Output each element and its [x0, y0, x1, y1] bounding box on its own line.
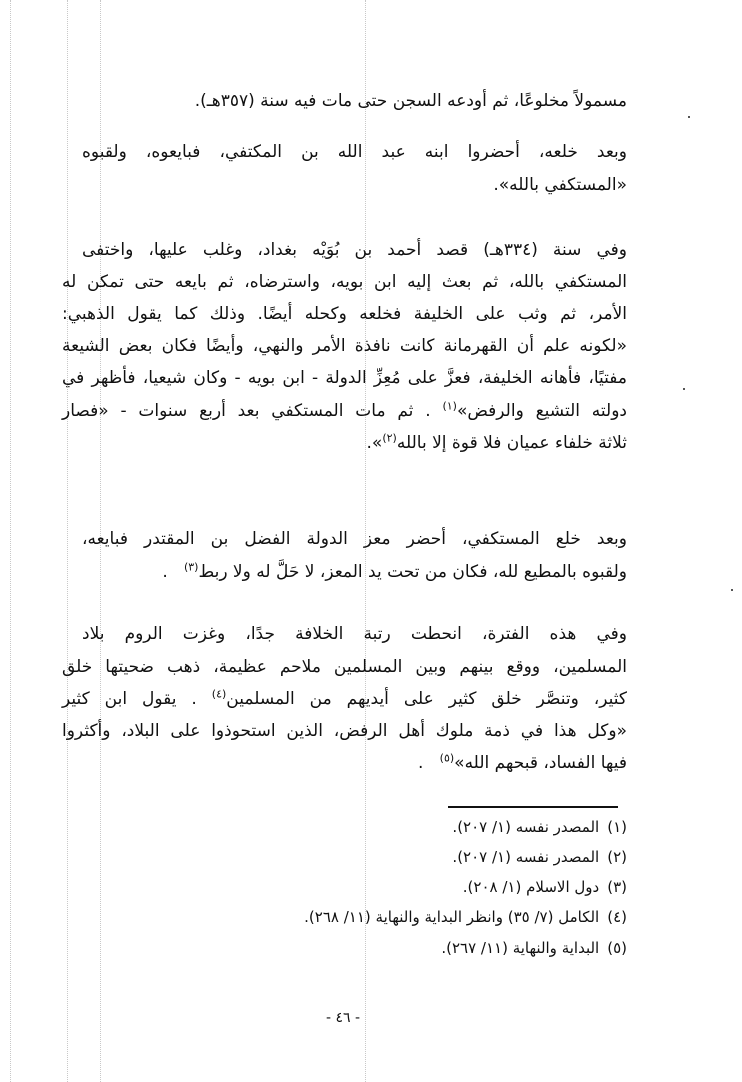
paragraph-3-line-6: دولته التشيع والرفض»(١) . ثم مات المستكف… [62, 399, 627, 423]
text: . يقول ابن كثير [62, 689, 197, 709]
footnote-number: (٥) [607, 937, 627, 959]
paragraph-3-line-7: ثلاثة خلفاء عميان فلا قوة إلا بالله(٢)». [62, 431, 627, 455]
footnote-5: (٥)البداية والنهاية (١١/ ٢٦٧). [441, 937, 627, 959]
paragraph-4-line-1: وبعد خلع المستكفي، أحضر معز الدولة الفضل… [82, 527, 627, 551]
paragraph-1-line-1: مسمولاً مخلوعًا، ثم أودعه السجن حتى مات … [62, 89, 627, 113]
text: ». [367, 433, 383, 453]
scan-guide-line [10, 0, 11, 1082]
footnote-ref-3[interactable]: (٣) [184, 560, 199, 573]
paragraph-3-line-2: المستكفي بالله، ثم بعث إليه ابن بويه، وا… [62, 270, 627, 294]
text: كثير، وتنصَّر خلق كثير على أيديهم من الم… [226, 689, 627, 709]
scan-speck [731, 589, 733, 591]
paragraph-5-line-3: كثير، وتنصَّر خلق كثير على أيديهم من الم… [62, 687, 627, 711]
footnote-number: (٣) [607, 876, 627, 898]
paragraph-2-line-2: «المستكفي بالله». [62, 173, 627, 197]
text: «وكل هذا في ذمة ملوك أهل الرفض، الذين اس… [62, 721, 627, 741]
paragraph-3-line-4: «لكونه علم أن القهرمانة كانت نافذة الأمر… [62, 334, 627, 358]
footnote-ref-5[interactable]: (٥) [440, 751, 455, 764]
paragraph-2-line-1: وبعد خلعه، أحضروا ابنه عبد الله بن المكت… [82, 140, 627, 164]
text: ولقبوه بالمطيع لله، فكان من تحت يد المعز… [198, 562, 627, 582]
footnote-number: (١) [607, 816, 627, 838]
text: . [418, 753, 423, 773]
text: . [162, 562, 167, 582]
footnote-ref-1[interactable]: (١) [442, 399, 457, 412]
footnote-ref-2[interactable]: (٢) [382, 431, 397, 444]
footnote-text: المصدر نفسه (١/ ٢٠٧). [452, 818, 599, 836]
text: المسلمين، ووقع بينهم وبين المسلمين ملاحم… [62, 657, 627, 677]
text: مفتيًا، فأهانه الخليفة، فعزَّ على مُعِزِ… [62, 368, 627, 388]
text: دولته التشيع والرفض» [457, 401, 627, 421]
text: «لكونه علم أن القهرمانة كانت نافذة الأمر… [62, 336, 627, 356]
paragraph-4-line-2: ولقبوه بالمطيع لله، فكان من تحت يد المعز… [62, 560, 627, 584]
footnote-2: (٢)المصدر نفسه (١/ ٢٠٧). [452, 846, 627, 868]
paragraph-3-line-3: الأمر، ثم وثب على الخليفة فخلعه وكحله أي… [62, 302, 627, 326]
text: فيها الفساد، قبحهم الله» [454, 753, 627, 773]
text: الأمر، ثم وثب على الخليفة فخلعه وكحله أي… [62, 304, 627, 324]
footnote-ref-4[interactable]: (٤) [212, 687, 227, 700]
scan-speck [688, 116, 690, 118]
footnote-3: (٣)دول الاسلام (١/ ٢٠٨). [463, 876, 627, 898]
text: المستكفي بالله، ثم بعث إليه ابن بويه، وا… [62, 272, 627, 292]
book-page: مسمولاً مخلوعًا، ثم أودعه السجن حتى مات … [0, 0, 742, 1082]
paragraph-3-line-5: مفتيًا، فأهانه الخليفة، فعزَّ على مُعِزِ… [62, 366, 627, 390]
scan-speck [683, 388, 685, 390]
text: وبعد خلعه، أحضروا ابنه عبد الله بن المكت… [82, 142, 627, 162]
text: . ثم مات المستكفي بعد أربع سنوات - «فصار [62, 401, 431, 421]
paragraph-3-line-1: وفي سنة (٣٣٤هـ) قصد أحمد بن بُوَيْه بغدا… [82, 238, 627, 262]
text: ثلاثة خلفاء عميان فلا قوة إلا بالله [397, 433, 627, 453]
footnote-text: المصدر نفسه (١/ ٢٠٧). [452, 848, 599, 866]
paragraph-5-line-1: وفي هذه الفترة، انحطت رتبة الخلافة جدًا،… [82, 622, 627, 646]
paragraph-5-line-5: فيها الفساد، قبحهم الله»(٥) . [62, 751, 627, 775]
text: وفي هذه الفترة، انحطت رتبة الخلافة جدًا،… [82, 624, 627, 644]
footnote-1: (١)المصدر نفسه (١/ ٢٠٧). [452, 816, 627, 838]
paragraph-5-line-2: المسلمين، ووقع بينهم وبين المسلمين ملاحم… [62, 655, 627, 679]
footnote-text: الكامل (٧/ ٣٥) وانظر البداية والنهاية (١… [304, 908, 599, 926]
footnote-text: البداية والنهاية (١١/ ٢٦٧). [441, 939, 599, 957]
footnote-4: (٤)الكامل (٧/ ٣٥) وانظر البداية والنهاية… [304, 906, 627, 928]
footnote-text: دول الاسلام (١/ ٢٠٨). [463, 878, 599, 896]
page-number: - ٤٦ - [318, 1010, 368, 1026]
scan-guide-line [67, 0, 68, 1082]
footnote-number: (٤) [607, 906, 627, 928]
paragraph-5-line-4: «وكل هذا في ذمة ملوك أهل الرفض، الذين اس… [62, 719, 627, 743]
text: وبعد خلع المستكفي، أحضر معز الدولة الفضل… [82, 529, 627, 549]
text: مسمولاً مخلوعًا، ثم أودعه السجن حتى مات … [195, 91, 627, 111]
footnote-number: (٢) [607, 846, 627, 868]
footnote-separator [448, 806, 618, 808]
text: وفي سنة (٣٣٤هـ) قصد أحمد بن بُوَيْه بغدا… [82, 240, 627, 260]
text: «المستكفي بالله». [493, 175, 627, 195]
